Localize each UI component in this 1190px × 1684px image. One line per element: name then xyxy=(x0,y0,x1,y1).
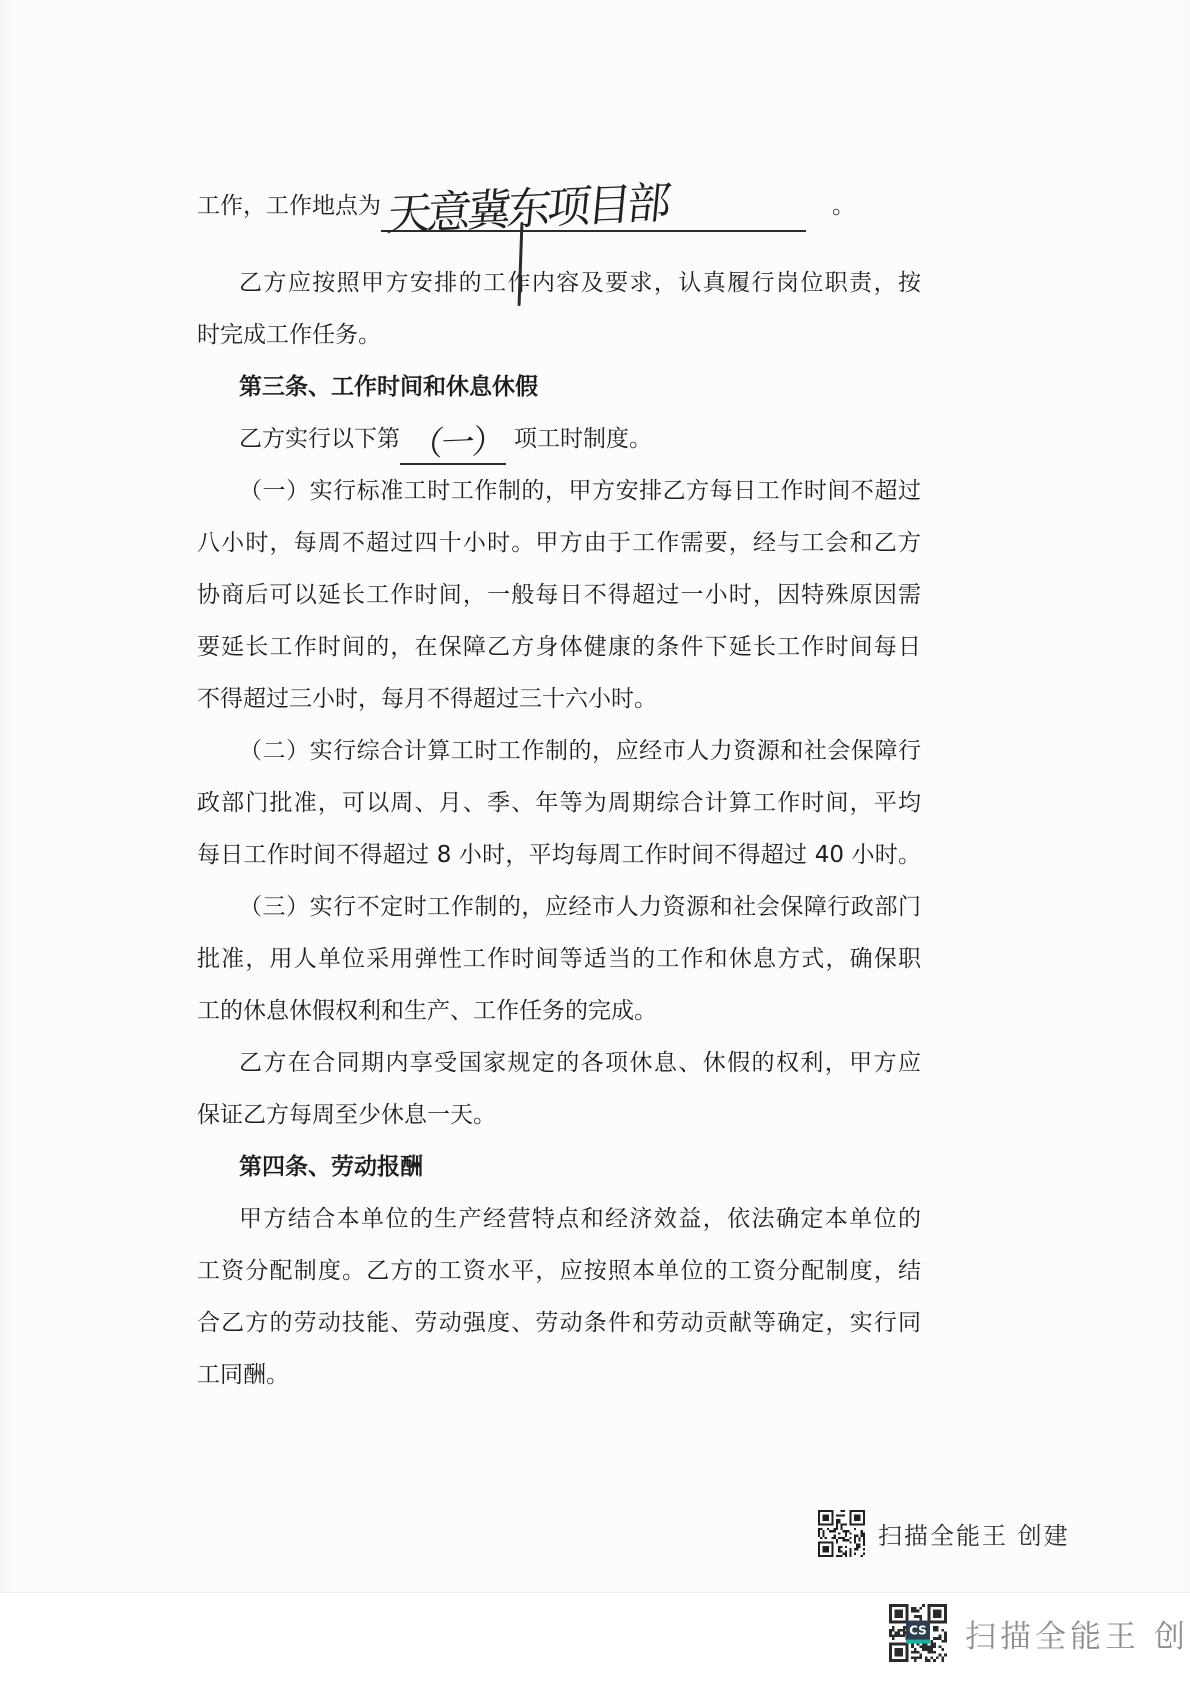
handwritten-text: 天意冀东项目部 xyxy=(385,178,670,242)
paragraph-line: 时完成工作任务。 xyxy=(197,309,921,361)
printed-suffix: 项工时制度。 xyxy=(514,426,652,452)
paragraph-line: 甲方结合本单位的生产经营特点和经济效益，依法确定本单位的 xyxy=(197,1193,921,1245)
handwritten-text: （一） xyxy=(408,415,506,471)
fill-in-blank: 天意冀东项目部 xyxy=(381,188,806,232)
paragraph-line: 协商后可以延长工作时间，一般每日不得超过一小时，因特殊原因需 xyxy=(197,569,921,621)
printed-suffix: 。 xyxy=(832,193,855,219)
document-lines: 工作，工作地点为天意冀东项目部。乙方应按照甲方安排的工作内容及要求，认真履行岗位… xyxy=(197,180,921,1401)
article-3-heading: 第三条、工作时间和休息休假 xyxy=(197,361,921,413)
scanned-contract-page: { "page": { "kind": "scanned labor contr… xyxy=(0,0,1190,1684)
paragraph-line: 工资分配制度。乙方的工资水平，应按照本单位的工资分配制度，结 xyxy=(197,1245,921,1297)
paragraph-line: 不得超过三小时，每月不得超过三十六小时。 xyxy=(197,673,921,725)
article-4-heading: 第四条、劳动报酬 xyxy=(197,1141,921,1193)
paragraph-line: 乙方应按照甲方安排的工作内容及要求，认真履行岗位职责，按 xyxy=(197,257,921,309)
paragraph-line: 保证乙方每周至少休息一天。 xyxy=(197,1089,921,1141)
printed-prefix: 乙方实行以下第 xyxy=(239,426,400,452)
printed-prefix: 工作，工作地点为 xyxy=(197,193,381,219)
paragraph-line: 合乙方的劳动技能、劳动强度、劳动条件和劳动贡献等确定，实行同 xyxy=(197,1297,921,1349)
paragraph-line: 要延长工作时间的，在保障乙方身体健康的条件下延长工作时间每日 xyxy=(197,621,921,673)
work-location-line: 工作，工作地点为天意冀东项目部。 xyxy=(197,180,921,232)
paragraph-line: 八小时，每周不超过四十小时。甲方由于工作需要，经与工会和乙方 xyxy=(197,517,921,569)
scanner-footer-label: 扫描全能王 创建 xyxy=(965,1611,1190,1656)
qr-code-with-logo: CS xyxy=(889,1604,947,1662)
paragraph-line: 乙方在合同期内享受国家规定的各项休息、休假的权利，甲方应 xyxy=(197,1037,921,1089)
fill-in-blank: （一） xyxy=(400,421,506,465)
paragraph-line: 批准，用人单位采用弹性工作时间等适当的工作和休息方式，确保职 xyxy=(197,933,921,985)
camscanner-logo-icon: CS xyxy=(906,1621,930,1644)
work-hour-system-line: 乙方实行以下第（一）项工时制度。 xyxy=(197,413,921,465)
paragraph-line: 工的休息休假权利和生产、工作任务的完成。 xyxy=(197,985,921,1037)
contract-text-block: 工作，工作地点为天意冀东项目部。乙方应按照甲方安排的工作内容及要求，认真履行岗位… xyxy=(197,180,921,1401)
paragraph-line: （二）实行综合计算工时工作制的，应经市人力资源和社会保障行 xyxy=(197,725,921,777)
scanner-footer-watermark: CS 扫描全能王 创建 xyxy=(889,1604,1190,1662)
paragraph-line: （三）实行不定时工作制的，应经市人力资源和社会保障行政部门 xyxy=(197,881,921,933)
paragraph-line: 政部门批准，可以周、月、季、年等为周期综合计算工作时间，平均 xyxy=(197,777,921,829)
scanner-watermark-label: 扫描全能王 创建 xyxy=(878,1516,1070,1551)
paragraph-line: 工同酬。 xyxy=(197,1349,921,1401)
paragraph-line: （一）实行标准工时工作制的，甲方安排乙方每日工作时间不超过 xyxy=(197,465,921,517)
paragraph-line: 每日工作时间不得超过 8 小时，平均每周工作时间不得超过 40 小时。 xyxy=(197,829,921,881)
qr-code-icon xyxy=(818,1510,865,1557)
scanner-watermark-stamp: 扫描全能王 创建 xyxy=(818,1510,1070,1557)
